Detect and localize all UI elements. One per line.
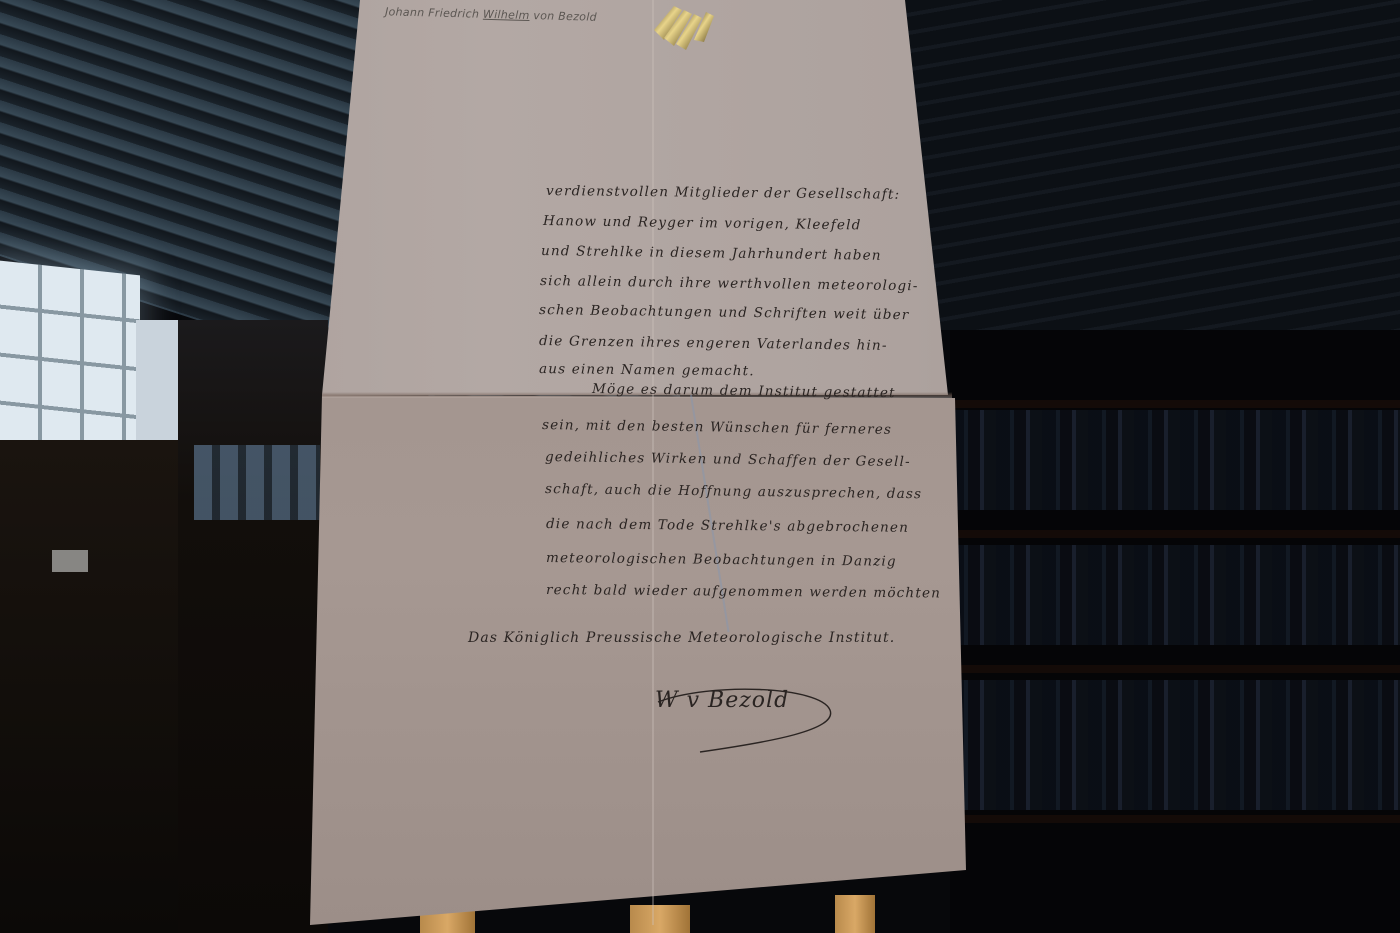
- brass-clip-icon: [648, 0, 718, 52]
- letter-line: aus einen Namen gemacht.: [539, 361, 755, 379]
- letter-line: recht bald wieder aufgenommen werden möc…: [546, 582, 941, 601]
- photo-scene: Johann Friedrich Wilhelm von Bezold verd…: [0, 0, 1400, 933]
- signature: W v Bezold: [655, 688, 789, 713]
- annotation-underlined-name: Wilhelm: [483, 8, 530, 22]
- letter-document: Johann Friedrich Wilhelm von Bezold verd…: [0, 0, 1400, 933]
- annotation-suffix: von Bezold: [529, 9, 597, 24]
- annotation-prefix: Johann Friedrich: [385, 5, 483, 21]
- letter-closing: Das Königlich Preussische Meteorologisch…: [468, 630, 895, 646]
